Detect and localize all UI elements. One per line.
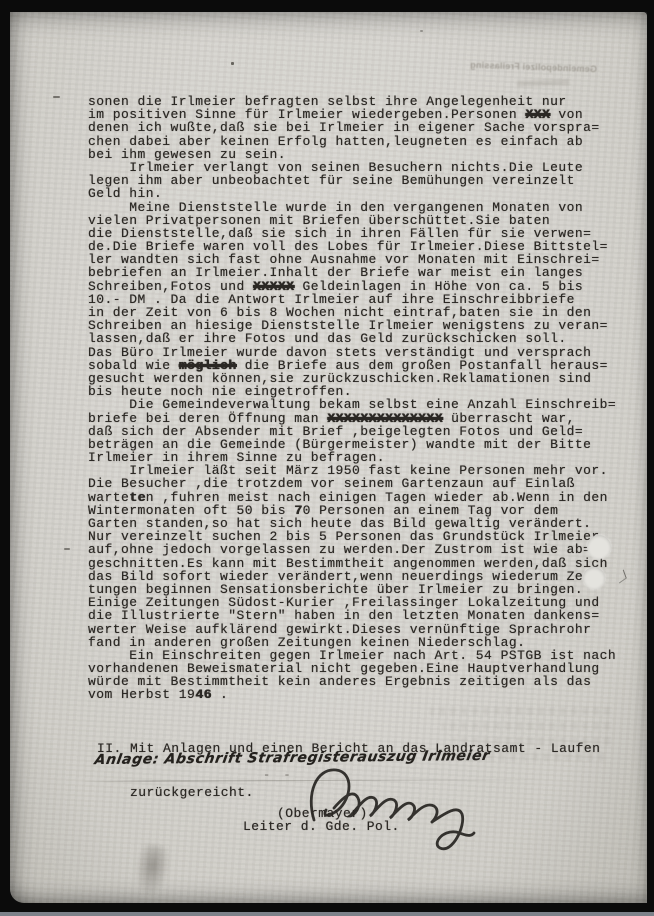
bleed-through-stamp-smudge — [517, 79, 569, 87]
dash-marks: - - — [263, 768, 294, 782]
margin-dash-mark — [53, 96, 60, 98]
scanned-document-screenshot: { "document": { "bleed_stamp": "Gemeinde… — [0, 0, 654, 916]
document-body: sonen die Irlmeier befragten selbst ihre… — [88, 95, 616, 702]
bleed-through-text — [430, 707, 610, 715]
scanner-edge-strip — [0, 912, 654, 916]
document-line: vom Herbst 1946 . — [88, 688, 616, 701]
scanned-page: Gemeindepolizei Freilassing sonen die Ir… — [10, 12, 647, 903]
bleed-through-text — [442, 722, 610, 730]
punch-hole — [583, 567, 605, 589]
margin-dash-mark — [64, 548, 70, 550]
ink-speck — [231, 62, 234, 65]
bleed-through-text — [452, 737, 610, 745]
document-line: legen ihm aber unbeobachtet für seine Be… — [88, 174, 616, 187]
ink-speck — [420, 30, 423, 32]
ink-tick-mark — [616, 570, 627, 584]
bleed-through-text — [432, 753, 604, 761]
smudge-stain — [132, 843, 173, 899]
punch-hole — [587, 535, 611, 559]
bleed-through-stamp-text: Gemeindepolizei Freilassing — [470, 60, 597, 74]
signature-typed-title: Leiter d. Gde. Pol. — [243, 820, 400, 833]
